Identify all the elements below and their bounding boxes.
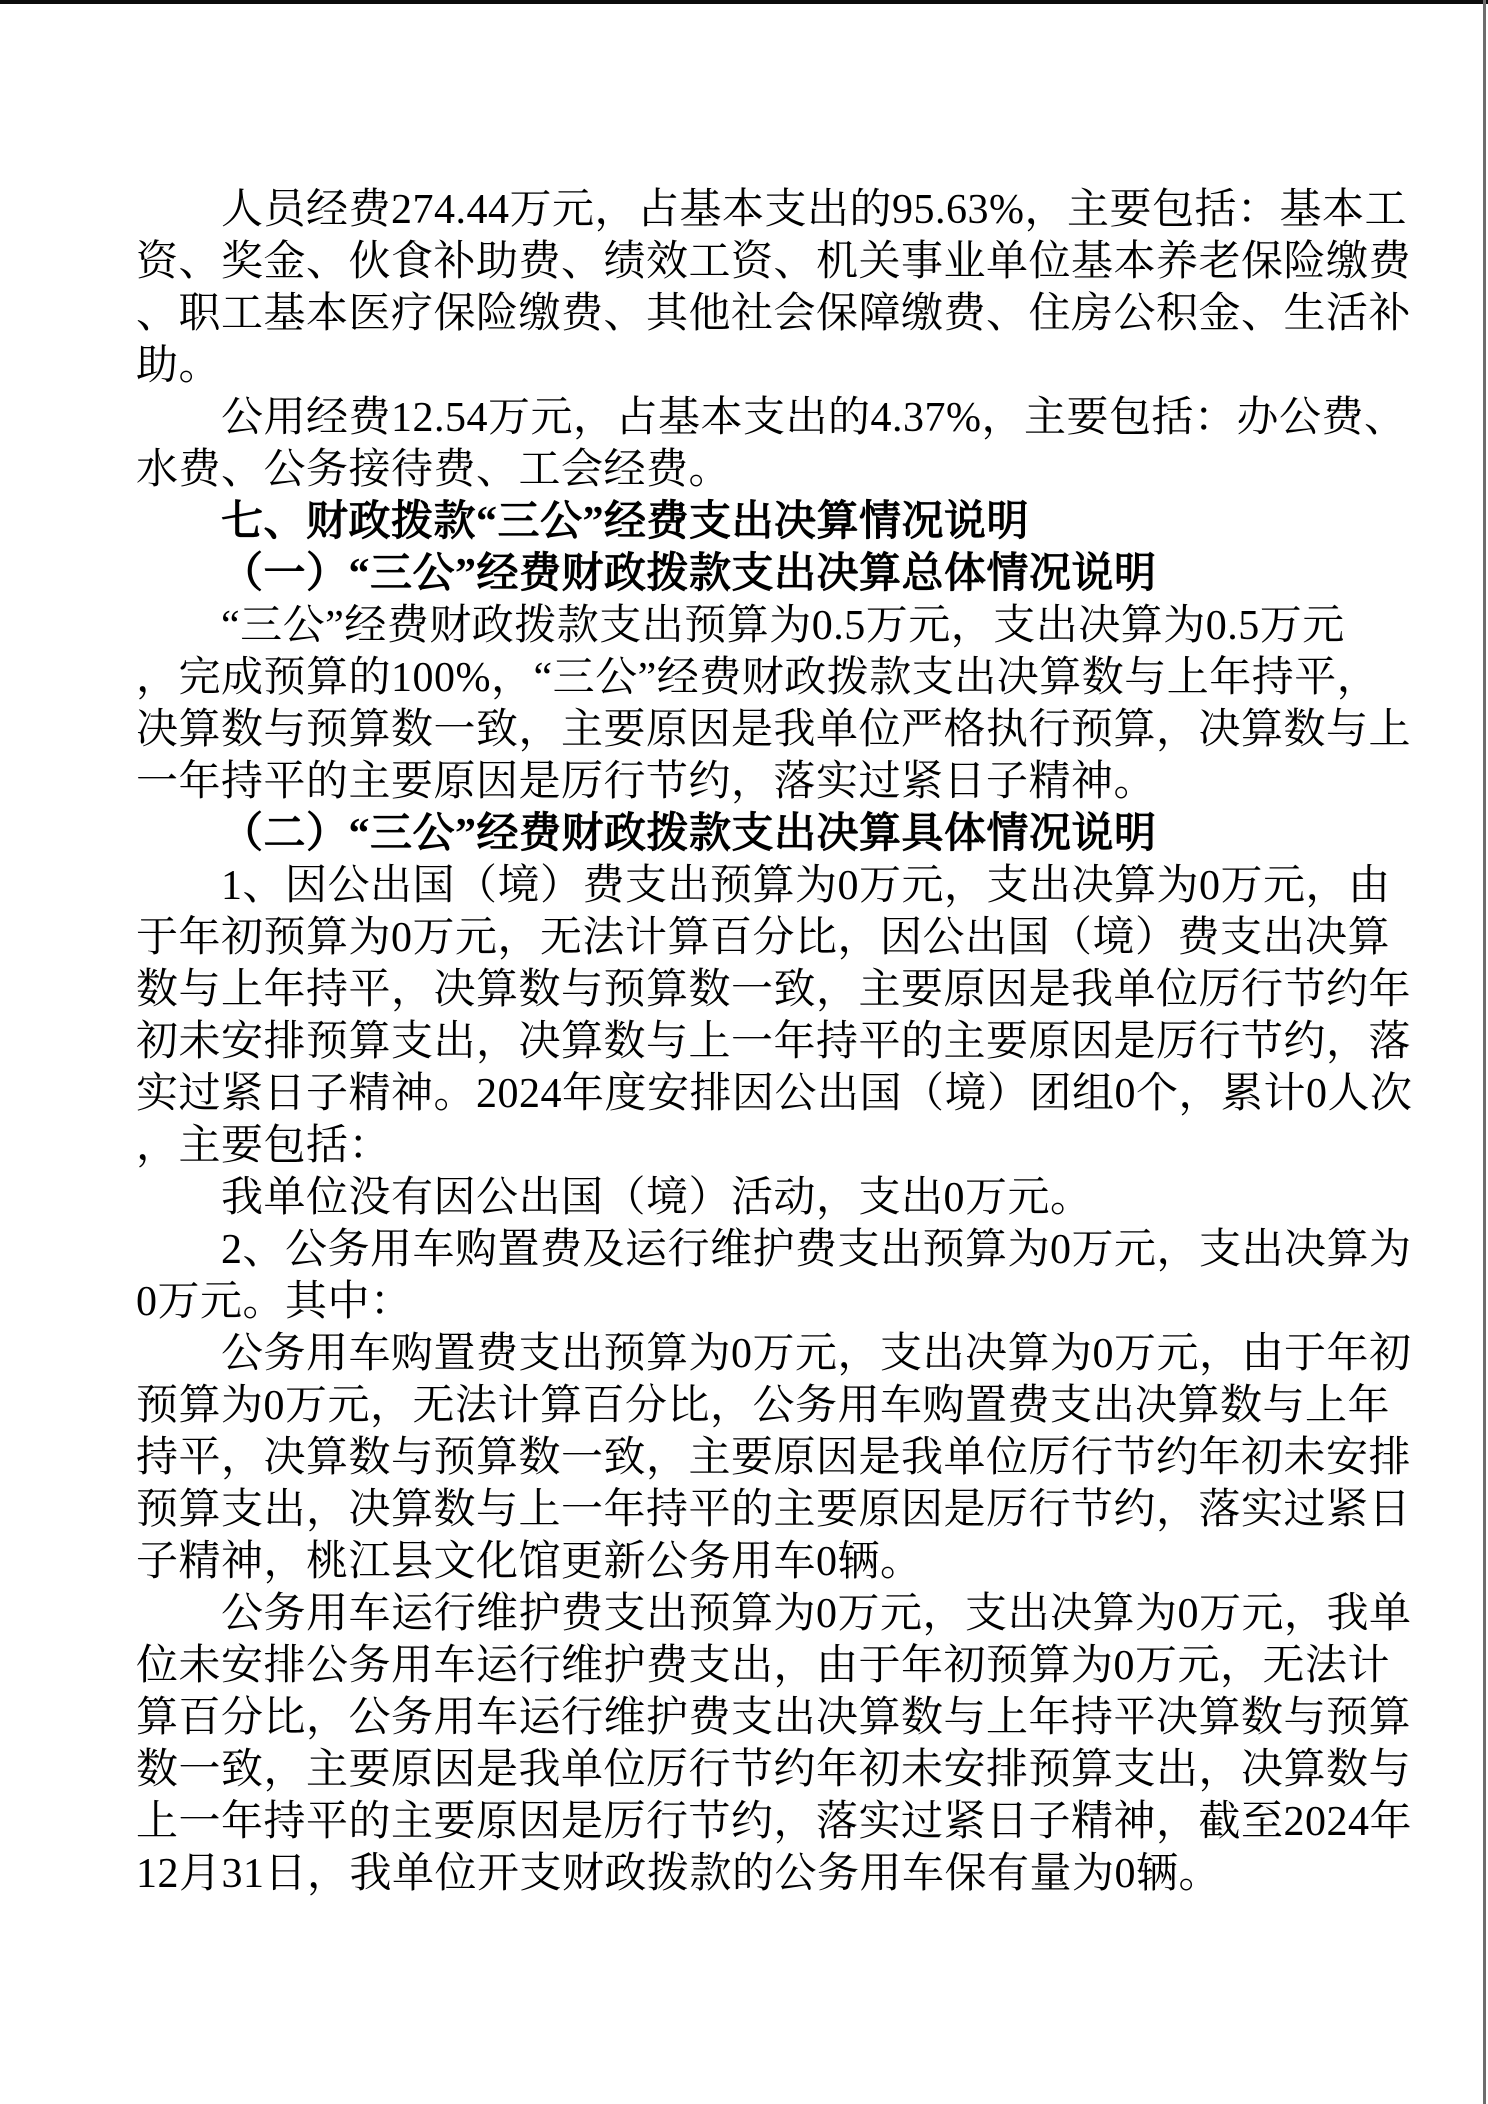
paragraph-line: 我单位没有因公出国（境）活动，支出0万元。 bbox=[136, 1172, 1420, 1224]
paragraph-line: 上一年持平的主要原因是厉行节约，落实过紧日子精神，截至2024年 bbox=[136, 1796, 1420, 1848]
page-top-edge bbox=[0, 0, 1488, 4]
paragraph-line: 12月31日，我单位开支财政拨款的公务用车保有量为0辆。 bbox=[136, 1848, 1420, 1900]
paragraph-line: 、职工基本医疗保险缴费、其他社会保障缴费、住房公积金、生活补 bbox=[136, 288, 1420, 340]
heading-line: （二）“三公”经费财政拨款支出决算具体情况说明 bbox=[136, 808, 1420, 860]
paragraph-line: 决算数与预算数一致，主要原因是我单位严格执行预算，决算数与上 bbox=[136, 704, 1420, 756]
paragraph-line: 算百分比，公务用车运行维护费支出决算数与上年持平决算数与预算 bbox=[136, 1692, 1420, 1744]
paragraph-line: 公务用车运行维护费支出预算为0万元，支出决算为0万元，我单 bbox=[136, 1588, 1420, 1640]
heading-line: 七、财政拨款“三公”经费支出决算情况说明 bbox=[136, 496, 1420, 548]
paragraph-line: 实过紧日子精神。2024年度安排因公出国（境）团组0个，累计0人次 bbox=[136, 1068, 1420, 1120]
paragraph-line: 数一致，主要原因是我单位厉行节约年初未安排预算支出，决算数与 bbox=[136, 1744, 1420, 1796]
paragraph-line: 0万元。其中： bbox=[136, 1276, 1420, 1328]
paragraph-line: 水费、公务接待费、工会经费。 bbox=[136, 444, 1420, 496]
paragraph-line: 持平，决算数与预算数一致，主要原因是我单位厉行节约年初未安排 bbox=[136, 1432, 1420, 1484]
paragraph-line: 预算支出，决算数与上一年持平的主要原因是厉行节约，落实过紧日 bbox=[136, 1484, 1420, 1536]
paragraph-line: 1、因公出国（境）费支出预算为0万元，支出决算为0万元，由 bbox=[136, 860, 1420, 912]
heading-line: （一）“三公”经费财政拨款支出决算总体情况说明 bbox=[136, 548, 1420, 600]
paragraph-line: 数与上年持平，决算数与预算数一致，主要原因是我单位厉行节约年 bbox=[136, 964, 1420, 1016]
paragraph-line: 助。 bbox=[136, 340, 1420, 392]
paragraph-line: 公用经费12.54万元，占基本支出的4.37%，主要包括：办公费、 bbox=[136, 392, 1420, 444]
paragraph-line: 2、公务用车购置费及运行维护费支出预算为0万元，支出决算为 bbox=[136, 1224, 1420, 1276]
paragraph-line: 资、奖金、伙食补助费、绩效工资、机关事业单位基本养老保险缴费 bbox=[136, 236, 1420, 288]
page-right-edge bbox=[1483, 0, 1486, 2104]
paragraph-line: 初未安排预算支出，决算数与上一年持平的主要原因是厉行节约，落 bbox=[136, 1016, 1420, 1068]
paragraph-line: 一年持平的主要原因是厉行节约，落实过紧日子精神。 bbox=[136, 756, 1420, 808]
paragraph-line: 人员经费274.44万元，占基本支出的95.63%，主要包括：基本工 bbox=[136, 184, 1420, 236]
paragraph-line: ，主要包括： bbox=[136, 1120, 1420, 1172]
paragraph-line: 公务用车购置费支出预算为0万元，支出决算为0万元，由于年初 bbox=[136, 1328, 1420, 1380]
document-body: 人员经费274.44万元，占基本支出的95.63%，主要包括：基本工资、奖金、伙… bbox=[136, 184, 1420, 1900]
paragraph-line: 子精神，桃江县文化馆更新公务用车0辆。 bbox=[136, 1536, 1420, 1588]
paragraph-line: 预算为0万元，无法计算百分比，公务用车购置费支出决算数与上年 bbox=[136, 1380, 1420, 1432]
paragraph-line: ，完成预算的100%，“三公”经费财政拨款支出决算数与上年持平， bbox=[136, 652, 1420, 704]
paragraph-line: 位未安排公务用车运行维护费支出，由于年初预算为0万元，无法计 bbox=[136, 1640, 1420, 1692]
paragraph-line: “三公”经费财政拨款支出预算为0.5万元，支出决算为0.5万元 bbox=[136, 600, 1420, 652]
paragraph-line: 于年初预算为0万元，无法计算百分比，因公出国（境）费支出决算 bbox=[136, 912, 1420, 964]
